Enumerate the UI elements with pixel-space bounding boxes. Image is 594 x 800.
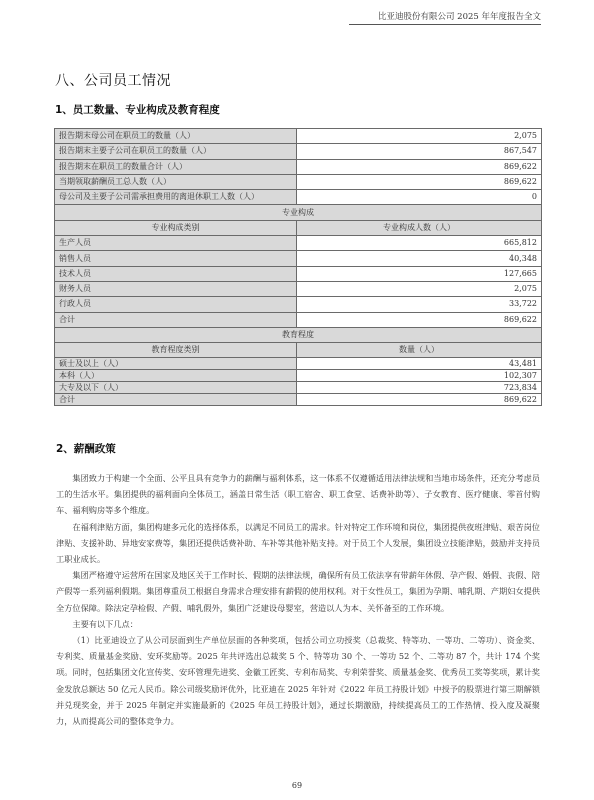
table-section-row: 教育程度 <box>55 327 542 342</box>
row-label: 大专及以下（人） <box>55 382 297 394</box>
page-number: 69 <box>0 781 594 790</box>
employee-table: 报告期末母公司在职员工的数量（人）2,075 报告期末主要子公司在职员工的数量（… <box>54 128 542 406</box>
col-header-count: 数量（人） <box>297 343 542 358</box>
row-value: 43,481 <box>297 358 542 370</box>
row-value: 40,348 <box>297 251 542 266</box>
row-label: 报告期末主要子公司在职员工的数量（人） <box>55 144 297 159</box>
row-value: 869,622 <box>297 159 542 174</box>
row-value: 2,075 <box>297 129 542 144</box>
paragraph: 在福利津贴方面，集团构建多元化的选择体系，以满足不同员工的需求。针对特定工作环境… <box>56 519 540 568</box>
row-label: 行政人员 <box>55 297 297 312</box>
compensation-body: 集团致力于构建一个全面、公平且具有竞争力的薪酬与福利体系，这一体系不仅遵循适用法… <box>56 470 540 729</box>
table-header-row: 专业构成类别专业构成人数（人） <box>55 220 542 235</box>
row-value: 869,622 <box>297 394 542 406</box>
row-value: 0 <box>297 190 542 205</box>
row-value: 665,812 <box>297 236 542 251</box>
table-row: 合计869,622 <box>55 312 542 327</box>
table-row: 销售人员40,348 <box>55 251 542 266</box>
row-label: 当期领取薪酬员工总人数（人） <box>55 174 297 189</box>
table-header-row: 教育程度类别数量（人） <box>55 343 542 358</box>
table-section-row: 专业构成 <box>55 205 542 220</box>
row-value: 2,075 <box>297 281 542 296</box>
paragraph: （1）比亚迪设立了从公司层面到生产单位层面的各种奖项，包括公司立功授奖（总裁奖、… <box>56 632 540 729</box>
row-value: 127,665 <box>297 266 542 281</box>
row-value: 102,307 <box>297 370 542 382</box>
section-title: 八、公司员工情况 <box>55 70 171 90</box>
professional-section-title: 专业构成 <box>55 205 542 220</box>
row-label: 生产人员 <box>55 236 297 251</box>
row-value: 33,722 <box>297 297 542 312</box>
col-header-category: 教育程度类别 <box>55 343 297 358</box>
table-row: 本科（人）102,307 <box>55 370 542 382</box>
table-row: 报告期末主要子公司在职员工的数量（人）867,547 <box>55 144 542 159</box>
row-value: 723,834 <box>297 382 542 394</box>
table-row: 当期领取薪酬员工总人数（人）869,622 <box>55 174 542 189</box>
paragraph: 主要有以下几点： <box>56 616 540 632</box>
table-row: 报告期末在职员工的数量合计（人）869,622 <box>55 159 542 174</box>
table-row: 行政人员33,722 <box>55 297 542 312</box>
row-label: 硕士及以上（人） <box>55 358 297 370</box>
col-header-count: 专业构成人数（人） <box>297 220 542 235</box>
subsection-title-compensation: 2、薪酬政策 <box>56 441 116 456</box>
row-label: 技术人员 <box>55 266 297 281</box>
row-label: 母公司及主要子公司需承担费用的离退休职工人数（人） <box>55 190 297 205</box>
header-rule <box>349 24 541 25</box>
running-header: 比亚迪股份有限公司 2025 年年度报告全文 <box>349 10 541 22</box>
table-row: 技术人员127,665 <box>55 266 542 281</box>
paragraph: 集团致力于构建一个全面、公平且具有竞争力的薪酬与福利体系，这一体系不仅遵循适用法… <box>56 470 540 519</box>
paragraph: 集团严格遵守运营所在国家及地区关于工作时长、假期的法律法规，确保所有员工依法享有… <box>56 567 540 616</box>
table-row: 大专及以下（人）723,834 <box>55 382 542 394</box>
education-section-title: 教育程度 <box>55 327 542 342</box>
table-row: 财务人员2,075 <box>55 281 542 296</box>
table-row: 生产人员665,812 <box>55 236 542 251</box>
subsection-title-employees: 1、员工数量、专业构成及教育程度 <box>55 102 220 117</box>
row-label: 报告期末在职员工的数量合计（人） <box>55 159 297 174</box>
table-row: 硕士及以上（人）43,481 <box>55 358 542 370</box>
row-label: 销售人员 <box>55 251 297 266</box>
row-label: 本科（人） <box>55 370 297 382</box>
table-row: 报告期末母公司在职员工的数量（人）2,075 <box>55 129 542 144</box>
row-value: 869,622 <box>297 174 542 189</box>
table-row: 合计869,622 <box>55 394 542 406</box>
table-row: 母公司及主要子公司需承担费用的离退休职工人数（人）0 <box>55 190 542 205</box>
col-header-category: 专业构成类别 <box>55 220 297 235</box>
row-label: 报告期末母公司在职员工的数量（人） <box>55 129 297 144</box>
row-value: 867,547 <box>297 144 542 159</box>
row-value: 869,622 <box>297 312 542 327</box>
row-label: 合计 <box>55 312 297 327</box>
row-label: 财务人员 <box>55 281 297 296</box>
row-label: 合计 <box>55 394 297 406</box>
